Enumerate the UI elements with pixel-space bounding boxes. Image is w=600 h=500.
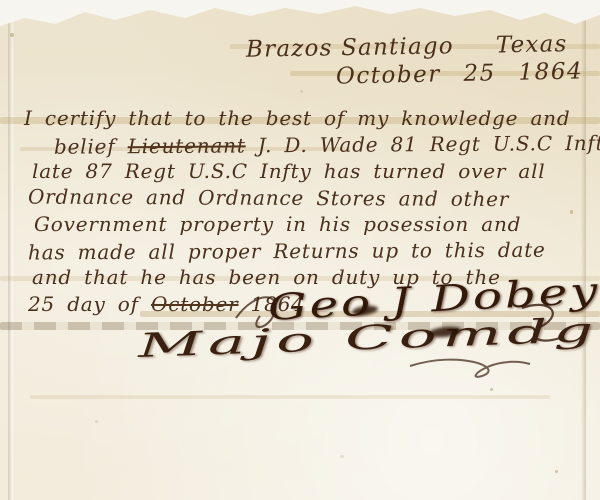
left-fold-line — [8, 20, 14, 500]
body-text: has made all proper Returns up to this d… — [28, 237, 546, 264]
body-line-4: Ordnance and Ordnance Stores and other — [24, 183, 584, 212]
body-text: late 87 Regt U.S.C Infty has turned over… — [32, 159, 546, 183]
body-line-2: belief Lieutenant J. D. Wade 81 Regt U.S… — [24, 130, 584, 160]
body-line-1: I certify that to the best of my knowled… — [24, 105, 584, 132]
body-text: I certify that to the best of my knowled… — [24, 106, 570, 130]
body-line-6: has made all proper Returns up to this d… — [24, 236, 584, 265]
paper-sheet: Brazos Santiago Texas October 25 1864 I … — [0, 0, 600, 500]
body-text: belief — [54, 134, 128, 159]
heading-place: Brazos Santiago — [246, 33, 454, 63]
scanned-document: Brazos Santiago Texas October 25 1864 I … — [0, 0, 600, 500]
struck-word: Lieutenant — [128, 133, 246, 158]
body-text: J. D. Wade 81 Regt U.S.C Infty — [246, 130, 600, 157]
heading-date: October 25 1864 — [336, 58, 584, 89]
body-line-3: late 87 Regt U.S.C Infty has turned over… — [24, 158, 584, 185]
body-text: Government property in his posession and — [34, 212, 521, 236]
body-line-5: Government property in his posession and — [24, 211, 584, 238]
heading-state: Texas — [496, 31, 568, 58]
body-text: Ordnance and Ordnance Stores and other — [28, 184, 509, 211]
crease-line — [30, 395, 550, 399]
body-text: 25 day of — [28, 292, 151, 316]
heading-date-line: October 25 1864 — [336, 58, 584, 89]
heading-place-line: Brazos Santiago Texas — [246, 31, 568, 63]
struck-word: October — [151, 292, 238, 316]
signature-title: Majo Comdg — [137, 310, 599, 365]
